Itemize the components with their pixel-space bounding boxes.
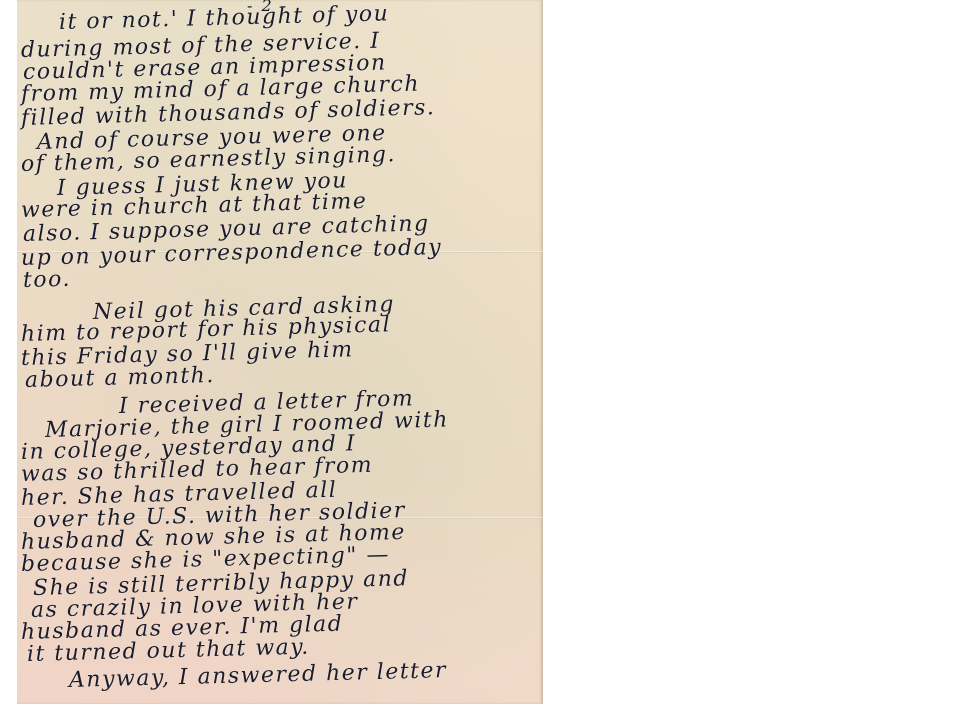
letter-body: it or not.' I thought of youduring most … xyxy=(17,0,543,704)
letter-line: too. xyxy=(23,267,72,293)
letter-line: about a month. xyxy=(25,363,215,393)
handwritten-letter-page: - 2 - it or not.' I thought of youduring… xyxy=(17,0,543,704)
viewer-canvas: - 2 - it or not.' I thought of youduring… xyxy=(0,0,960,720)
